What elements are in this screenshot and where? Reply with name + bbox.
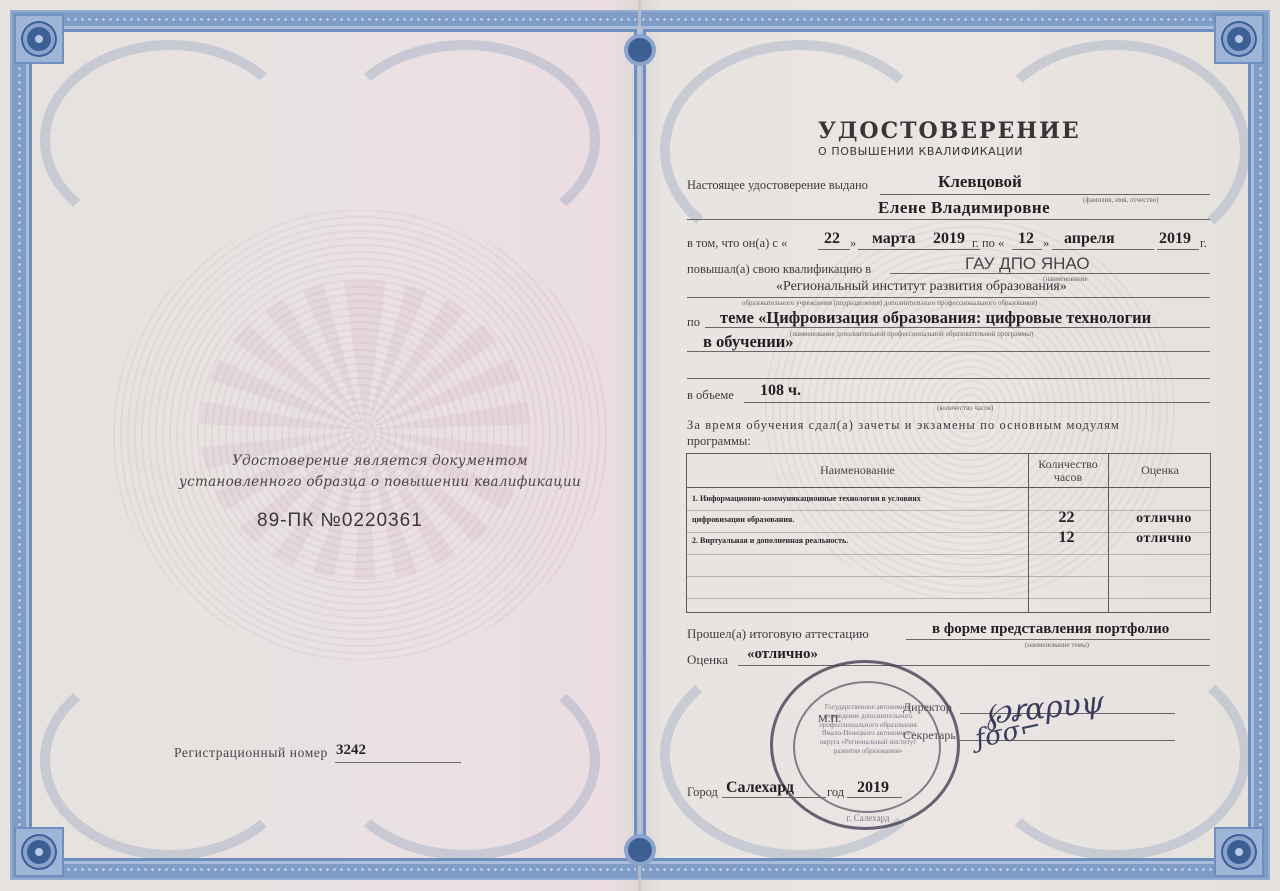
- period-quote: »: [1043, 236, 1049, 251]
- stamp-mark: М.П.: [818, 713, 841, 725]
- module-grade: отлично: [1119, 511, 1209, 527]
- frame-dots: [1257, 16, 1264, 874]
- certificate-title: УДОСТОВЕРЕНИЕ: [818, 118, 1081, 144]
- period-to-day: 12: [1018, 230, 1034, 248]
- city-label: Город: [687, 785, 718, 800]
- grade-label: Оценка: [687, 652, 728, 668]
- column-divider: [1108, 454, 1109, 612]
- volume-label: в объеме: [687, 388, 734, 403]
- exams-intro-line-1: За время обучения сдал(а) зачеты и экзам…: [687, 418, 1120, 433]
- row-rule: [687, 598, 1210, 599]
- spine-ornament: [628, 38, 652, 62]
- period-mid: г. по «: [972, 236, 1004, 251]
- field-underline: [906, 639, 1210, 640]
- star-icon: [27, 840, 51, 864]
- spine-ornament: [628, 838, 652, 862]
- year-value: 2019: [857, 779, 889, 797]
- corner-rosette: [14, 827, 64, 877]
- program-label: по: [687, 315, 700, 330]
- issued-label: Настоящее удостоверение выдано: [687, 178, 868, 193]
- attestation-hint: (наименование темы): [1025, 641, 1089, 649]
- frame-dots: [16, 16, 636, 23]
- exams-intro-line-2: программы:: [687, 434, 751, 449]
- city-value: Салехард: [726, 779, 794, 797]
- corner-rosette: [1214, 827, 1264, 877]
- name-hint: (фамилия, имя, отчество): [1083, 196, 1159, 204]
- field-underline: [687, 378, 1210, 379]
- institution-full-name: «Региональный институт развития образова…: [776, 279, 1067, 295]
- director-label: Директор: [903, 700, 952, 715]
- period-to-year: 2019: [1159, 230, 1191, 248]
- modules-table: Наименование Количество часов Оценка 1. …: [686, 453, 1211, 613]
- column-header-grade: Оценка: [1108, 464, 1212, 477]
- frame-dots: [16, 16, 23, 874]
- secretary-label: Секретарь: [903, 728, 956, 743]
- recipient-surname: Клевцовой: [938, 172, 1022, 192]
- official-stamp: Государственное автономное учреждение до…: [770, 660, 960, 830]
- field-underline: [818, 249, 850, 250]
- field-underline: [880, 194, 1210, 195]
- program-title-line-2: в обучении»: [703, 332, 794, 352]
- year-label: год: [827, 785, 844, 800]
- period-suffix: г.: [1200, 236, 1207, 251]
- column-header-hours: Количество часов: [1028, 458, 1108, 484]
- certificate-subtitle: О ПОВЫШЕНИИ КВАЛИФИКАЦИИ: [818, 145, 1023, 158]
- period-prefix: в том, что он(а) с «: [687, 236, 787, 251]
- module-grade: отлично: [1119, 531, 1209, 547]
- left-page: Удостоверение является документом устано…: [0, 0, 640, 891]
- field-underline: [847, 797, 902, 798]
- period-quote: »: [850, 236, 856, 251]
- row-rule: [687, 576, 1210, 577]
- period-from-year: 2019: [933, 230, 965, 248]
- field-underline: [1052, 249, 1154, 250]
- period-from-month: марта: [872, 230, 916, 248]
- volume-hours: 108 ч.: [760, 382, 801, 400]
- frame-dots: [16, 866, 636, 873]
- program-title-line-1: теме «Цифровизация образования: цифровые…: [720, 308, 1151, 328]
- row-rule: [687, 554, 1210, 555]
- period-from-day: 22: [824, 230, 840, 248]
- registration-underline: [335, 762, 461, 763]
- frame-dots: [640, 866, 1264, 873]
- field-underline: [744, 402, 1210, 403]
- registration-label: Регистрационный номер: [174, 745, 328, 761]
- star-icon: [27, 27, 51, 51]
- background-rosette: [200, 280, 530, 580]
- certificate-spread: Удостоверение является документом устано…: [0, 0, 1280, 891]
- guilloche-ornament: [330, 660, 600, 860]
- certificate-serial-number: 89-ПК №0220361: [257, 510, 423, 532]
- field-underline: [687, 297, 1210, 298]
- module-name-line-2: цифровизации образования.: [692, 515, 794, 524]
- field-underline: [738, 665, 1210, 666]
- field-underline: [687, 351, 1210, 352]
- module-hours: 12: [1028, 529, 1105, 547]
- module-hours: 22: [1028, 509, 1105, 527]
- period-to-month: апреля: [1064, 230, 1115, 248]
- attestation-form: в форме представления портфолио: [932, 621, 1169, 638]
- institution-short-name: ГАУ ДПО ЯНАО: [965, 254, 1090, 274]
- volume-hint: (количество часов): [937, 404, 993, 412]
- validity-note-line-1: Удостоверение является документом: [205, 453, 555, 469]
- registration-number: 3242: [336, 742, 366, 759]
- attestation-label: Прошел(а) итоговую аттестацию: [687, 626, 869, 642]
- program-hint: (наименование дополнительной профессиона…: [790, 330, 1033, 338]
- recipient-given-names: Елене Владимировне: [878, 198, 1050, 218]
- column-header-name: Наименование: [687, 464, 1028, 477]
- module-name-line-1: 1. Информационно-коммуникационные технол…: [692, 494, 921, 503]
- final-grade: «отлично»: [747, 646, 818, 663]
- institution-type-hint: образовательного учреждения (подразделен…: [742, 299, 1037, 307]
- star-icon: [1227, 27, 1251, 51]
- field-underline: [1012, 249, 1042, 250]
- field-underline: [687, 219, 1210, 220]
- field-underline: [705, 327, 1210, 328]
- corner-rosette: [14, 14, 64, 64]
- stamp-city-text: г. Салехард: [833, 813, 903, 824]
- guilloche-ornament: [980, 650, 1250, 860]
- star-icon: [1227, 840, 1251, 864]
- institution-label: повышал(а) свою квалификацию в: [687, 262, 871, 277]
- field-underline: [1157, 249, 1199, 250]
- module-name-line-1: 2. Виртуальная и дополненная реальность.: [692, 536, 848, 545]
- column-header-hours-line-2: часов: [1028, 471, 1108, 484]
- book-spine: [638, 0, 641, 891]
- field-underline: [722, 797, 826, 798]
- validity-note-line-2: установленного образца о повышении квали…: [170, 474, 590, 490]
- guilloche-ornament: [40, 40, 300, 240]
- corner-rosette: [1214, 14, 1264, 64]
- frame-dots: [640, 16, 1264, 23]
